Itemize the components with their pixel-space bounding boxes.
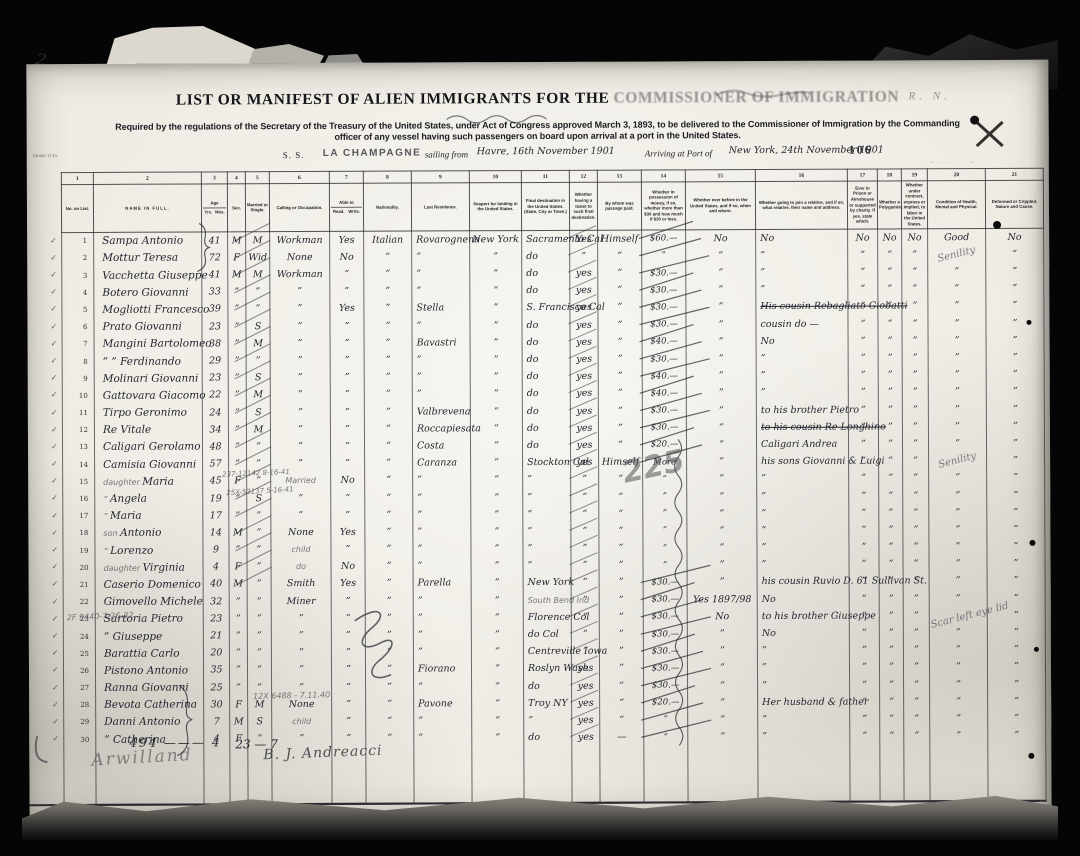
document-header: LIST OR MANIFEST OF ALIEN IMMIGRANTS FOR… bbox=[26, 60, 1048, 172]
col-num-residence: 9 bbox=[411, 171, 469, 183]
cell-name: Ranna Giovanni bbox=[96, 679, 204, 697]
cell-ticket: ” bbox=[571, 540, 599, 557]
cell-residence: ” bbox=[413, 540, 471, 557]
cell-destination: ” bbox=[523, 505, 571, 522]
cell-age: 29 bbox=[202, 352, 228, 369]
cell-destination: do bbox=[522, 248, 570, 265]
manifest-table: 123456789101112131415161718192021No. on … bbox=[61, 168, 1047, 807]
cell-health: Senility bbox=[929, 452, 987, 469]
cell-nationality: ” bbox=[365, 472, 413, 489]
col-label-polygamist: Whether a Polygamist. bbox=[877, 181, 901, 229]
cell-destination: do Col bbox=[523, 626, 571, 643]
col-num-health: 20 bbox=[927, 169, 985, 181]
cell-money: ” bbox=[643, 471, 687, 488]
cell-destination: do bbox=[522, 437, 570, 454]
cell-paidby: ” bbox=[599, 471, 643, 488]
cell-name: Mottur Teresa bbox=[94, 249, 202, 267]
cell-name: ” ” Ferdinando bbox=[94, 352, 202, 370]
cell-age: 34 bbox=[202, 421, 228, 438]
cell-polygamist: ” bbox=[878, 315, 902, 332]
cell-able: ” bbox=[331, 644, 365, 661]
cell-sex: M bbox=[228, 266, 246, 283]
cell-ticket: ” bbox=[571, 471, 599, 488]
cell-money: $40.— bbox=[642, 333, 686, 350]
cell-before: ” bbox=[686, 367, 756, 384]
cell-calling: ” bbox=[270, 335, 330, 352]
cell-ticket: ” bbox=[571, 574, 599, 591]
footer-cell bbox=[332, 747, 366, 804]
cell-residence: Valbrevena bbox=[412, 403, 470, 420]
cell-able: Yes bbox=[330, 300, 364, 317]
cell-contract: ” bbox=[902, 384, 928, 401]
cell-paidby: ” bbox=[600, 694, 644, 711]
cell-ticket: ” bbox=[571, 626, 599, 643]
cell-relative: ” bbox=[758, 676, 850, 694]
cell-sex: F bbox=[230, 696, 248, 713]
cell-destination: ” bbox=[524, 712, 572, 729]
cell-relative: ” bbox=[756, 384, 848, 402]
cell-name: Botero Giovanni bbox=[94, 284, 202, 302]
cell-money: $30.— bbox=[642, 350, 686, 367]
cell-calling: ” bbox=[270, 317, 330, 334]
cell-before: ” bbox=[686, 316, 756, 333]
cell-no: 11 bbox=[62, 404, 94, 421]
cell-prison: ” bbox=[849, 556, 879, 573]
cell-able: Yes bbox=[330, 231, 364, 249]
ink-blot bbox=[1028, 753, 1034, 759]
printer-imprint: ··· — ···· ···· ·· ····· — ···· bbox=[923, 159, 984, 164]
cell-sex: ” bbox=[228, 421, 246, 438]
cell-calling: ” bbox=[270, 283, 330, 300]
cell-deformed: ” bbox=[986, 246, 1044, 263]
cell-contract: ” bbox=[904, 710, 930, 727]
cell-sex: ” bbox=[228, 318, 246, 335]
cell-paidby: ” bbox=[599, 505, 643, 522]
cell-calling: ” bbox=[271, 610, 331, 627]
cell-no: 14 bbox=[63, 456, 95, 473]
cell-calling: Workman bbox=[270, 231, 330, 249]
cell-contract: ” bbox=[902, 332, 928, 349]
cell-calling: ” bbox=[270, 352, 330, 369]
cell-calling: Married bbox=[271, 472, 331, 489]
footer-cell bbox=[272, 747, 332, 804]
cell-deformed: ” bbox=[987, 658, 1045, 675]
col-num-deformed: 21 bbox=[985, 168, 1043, 180]
cell-no: 19 bbox=[63, 542, 95, 559]
cell-sex: ” bbox=[228, 387, 246, 404]
cell-no: 21 bbox=[63, 576, 95, 593]
cell-paidby: ” bbox=[598, 247, 642, 264]
cell-seaport: ” bbox=[471, 506, 523, 523]
footer-cell bbox=[988, 744, 1046, 801]
cell-relative: Caligari Andrea bbox=[756, 436, 848, 454]
cell-seaport: ” bbox=[472, 678, 524, 695]
cell-relative: ” bbox=[757, 556, 849, 574]
cell-ticket: Yes bbox=[570, 230, 598, 248]
footer-cell bbox=[414, 747, 472, 804]
cell-money: $20.— bbox=[644, 694, 688, 711]
cell-money: $30.— bbox=[643, 642, 687, 659]
cell-polygamist: ” bbox=[879, 470, 903, 487]
cell-prison: ” bbox=[848, 349, 878, 366]
cell-no: 17 bbox=[63, 508, 95, 525]
cell-seaport: ” bbox=[470, 437, 522, 454]
cell-contract: ” bbox=[902, 366, 928, 383]
cell-paidby: ” bbox=[598, 402, 642, 419]
cell-married: ” bbox=[248, 679, 272, 696]
cell-money: $30.— bbox=[644, 677, 688, 694]
cell-ticket: ” bbox=[571, 505, 599, 522]
cell-deformed: ” bbox=[986, 332, 1044, 349]
cell-no: 8 bbox=[62, 353, 94, 370]
cell-ticket: yes bbox=[570, 299, 598, 316]
cell-age: 21 bbox=[203, 627, 229, 644]
cell-ticket: yes bbox=[570, 419, 598, 436]
footer-cell bbox=[524, 746, 572, 803]
cell-ticket: yes bbox=[570, 368, 598, 385]
cell-before: ” bbox=[687, 659, 757, 676]
cell-able: No bbox=[330, 249, 364, 266]
cell-money: $30.— bbox=[642, 419, 686, 436]
cell-contract: ” bbox=[903, 487, 929, 504]
cell-name: Camisia Giovanni bbox=[95, 456, 203, 474]
cell-name: Bevota Catherina bbox=[96, 696, 204, 714]
cell-before: ” bbox=[686, 298, 756, 315]
cell-paidby: — bbox=[600, 729, 644, 746]
cell-sex: M bbox=[229, 576, 247, 593]
cell-deformed: ” bbox=[986, 366, 1044, 383]
cell-relative: No bbox=[756, 229, 848, 247]
cell-name: Sartoria Pietro bbox=[95, 610, 203, 628]
cell-destination: do bbox=[524, 729, 572, 746]
cell-prison: ” bbox=[848, 384, 878, 401]
cell-married: ” bbox=[247, 541, 271, 558]
cell-married: M bbox=[246, 266, 270, 283]
cell-destination: do bbox=[522, 420, 570, 437]
cell-residence: ” bbox=[412, 248, 470, 265]
cell-seaport: ” bbox=[470, 334, 522, 351]
col-num-prison: 17 bbox=[847, 169, 877, 181]
footer-cell bbox=[64, 748, 96, 805]
cell-destination: Stockton Cal bbox=[523, 454, 571, 471]
cell-polygamist: ” bbox=[879, 624, 903, 641]
cell-residence: ” bbox=[413, 523, 471, 540]
cell-nationality: ” bbox=[365, 541, 413, 558]
cell-paidby: ” bbox=[598, 333, 642, 350]
cell-name: ” Angela bbox=[95, 490, 203, 508]
cell-residence: ” bbox=[413, 557, 471, 574]
cell-no: 29 bbox=[64, 714, 96, 731]
cell-married: ” bbox=[248, 730, 272, 747]
cell-health: ” bbox=[930, 727, 988, 744]
cell-deformed: ” bbox=[988, 675, 1046, 692]
cell-name: Caligari Gerolamo bbox=[94, 438, 202, 456]
cell-name: ” Lorenzo bbox=[95, 541, 203, 559]
footer-cell bbox=[204, 748, 230, 805]
cell-ticket: yes bbox=[570, 333, 598, 350]
cell-ticket: yes bbox=[570, 385, 598, 402]
cell-able: ” bbox=[331, 592, 365, 609]
cell-nationality: ” bbox=[364, 351, 412, 368]
cell-seaport: ” bbox=[470, 248, 522, 265]
cell-sex: ” bbox=[229, 593, 247, 610]
cell-age: 25 bbox=[204, 679, 230, 696]
cell-nationality: ” bbox=[364, 420, 412, 437]
cell-seaport: New York bbox=[470, 230, 522, 248]
cell-age: 20 bbox=[203, 644, 229, 661]
cell-before: ” bbox=[687, 625, 757, 642]
cell-no: 23 bbox=[63, 611, 95, 628]
cell-residence: ” bbox=[412, 282, 470, 299]
cell-destination: do bbox=[522, 402, 570, 419]
cell-deformed: ” bbox=[986, 263, 1044, 280]
cell-nationality: ” bbox=[364, 283, 412, 300]
cell-residence: ” bbox=[412, 265, 470, 282]
cell-contract: ” bbox=[903, 590, 929, 607]
cell-prison: ” bbox=[848, 246, 878, 263]
cell-name: Danni Antonio bbox=[96, 713, 204, 731]
cell-paidby: ” bbox=[599, 643, 643, 660]
cell-age: 39 bbox=[202, 301, 228, 318]
cell-deformed: ” bbox=[986, 314, 1044, 331]
cell-calling: child bbox=[272, 713, 332, 730]
footer-cell bbox=[850, 745, 880, 802]
cell-married: S bbox=[246, 369, 270, 386]
cell-married: ” bbox=[247, 576, 271, 593]
footer-cell bbox=[880, 745, 904, 802]
cell-before: ” bbox=[687, 573, 757, 590]
cell-able: ” bbox=[330, 335, 364, 352]
cell-no: 4 bbox=[62, 284, 94, 301]
cell-sex: ” bbox=[229, 644, 247, 661]
cell-health: Senility bbox=[928, 246, 986, 263]
cell-relative: his sons Giovanni & Luigi bbox=[757, 453, 849, 471]
cell-money: $30.— bbox=[642, 282, 686, 299]
cell-ticket: yes bbox=[572, 729, 600, 746]
cell-able: ” bbox=[332, 713, 366, 730]
cell-name: Vacchetta Giuseppe bbox=[94, 266, 202, 284]
cell-money: ” bbox=[642, 247, 686, 264]
cell-sex: ” bbox=[229, 455, 247, 472]
cell-paidby: ” bbox=[599, 608, 643, 625]
cell-before: ” bbox=[687, 556, 757, 573]
cell-deformed: ” bbox=[986, 400, 1044, 417]
cell-no: 12 bbox=[62, 422, 94, 439]
cell-paidby: ” bbox=[600, 677, 644, 694]
col-label-able: Able toRead.Write. bbox=[329, 183, 363, 231]
col-label-no: No. on List. bbox=[61, 184, 93, 232]
cell-before: ” bbox=[686, 419, 756, 436]
cell-contract: ” bbox=[902, 246, 928, 263]
ink-blot bbox=[1029, 540, 1035, 546]
cell-prison: ” bbox=[849, 470, 879, 487]
cell-able: ” bbox=[331, 489, 365, 506]
cell-relative: to his brother Pietro bbox=[756, 401, 848, 419]
cell-deformed: ” bbox=[988, 727, 1046, 744]
cell-sex: M bbox=[230, 713, 248, 730]
cell-prison: ” bbox=[850, 728, 880, 745]
cell-calling: Smith bbox=[271, 575, 331, 592]
cell-polygamist: ” bbox=[880, 676, 904, 693]
cell-contract: ” bbox=[904, 676, 930, 693]
cell-calling: ” bbox=[271, 644, 331, 661]
cell-sex: F bbox=[229, 558, 247, 575]
requirement-text: Required by the regulations of the Secre… bbox=[27, 118, 1049, 144]
col-num-able: 7 bbox=[329, 171, 363, 183]
cell-nationality: Italian bbox=[364, 231, 412, 249]
footer-cell bbox=[366, 747, 414, 804]
cell-married: ” bbox=[247, 558, 271, 575]
cell-destination: do bbox=[522, 334, 570, 351]
cell-relative: ” bbox=[756, 281, 848, 299]
cell-calling: ” bbox=[270, 403, 330, 420]
cell-married: ” bbox=[247, 472, 271, 489]
cell-ticket: ” bbox=[571, 643, 599, 660]
manifest-table-header: 123456789101112131415161718192021No. on … bbox=[61, 168, 1043, 232]
cell-contract: ” bbox=[903, 659, 929, 676]
cell-seaport: ” bbox=[471, 626, 523, 643]
cell-prison: ” bbox=[849, 590, 879, 607]
col-label-nationality: Nationality. bbox=[363, 183, 411, 231]
cell-no: 24 bbox=[63, 628, 95, 645]
cell-able: ” bbox=[331, 627, 365, 644]
cell-health: ” bbox=[928, 263, 986, 280]
cell-calling: None bbox=[271, 524, 331, 541]
col-num-destination: 11 bbox=[521, 170, 569, 182]
cell-contract: ” bbox=[903, 573, 929, 590]
cell-health: ” bbox=[929, 572, 987, 589]
title-line: LIST OR MANIFEST OF ALIEN IMMIGRANTS FOR… bbox=[26, 88, 1048, 110]
cell-relative: ” bbox=[757, 470, 849, 488]
cell-money: ” bbox=[643, 505, 687, 522]
cell-prison: ” bbox=[848, 281, 878, 298]
cell-health: ” bbox=[928, 383, 986, 400]
cell-age: 48 bbox=[202, 438, 228, 455]
cell-residence: ” bbox=[412, 351, 470, 368]
manifest-sheet: LIST OR MANIFEST OF ALIEN IMMIGRANTS FOR… bbox=[26, 60, 1051, 822]
cell-able: ” bbox=[332, 730, 366, 747]
document-title: LIST OR MANIFEST OF ALIEN IMMIGRANTS FOR… bbox=[176, 90, 610, 109]
cell-married: ” bbox=[247, 644, 271, 661]
cell-polygamist: ” bbox=[879, 607, 903, 624]
col-num-age: 3 bbox=[201, 172, 227, 184]
cell-money: $30.— bbox=[643, 608, 687, 625]
footer-cell bbox=[904, 745, 930, 802]
cell-polygamist: ” bbox=[879, 538, 903, 555]
cell-nationality: ” bbox=[365, 523, 413, 540]
cell-seaport: ” bbox=[470, 299, 522, 316]
cell-age: 45 bbox=[203, 473, 229, 490]
ink-blot bbox=[1034, 647, 1039, 652]
cell-seaport: ” bbox=[471, 643, 523, 660]
cell-health: ” bbox=[929, 469, 987, 486]
cell-polygamist: ” bbox=[879, 590, 903, 607]
cell-prison: ” bbox=[849, 453, 879, 470]
col-label-paidby: By whom was passage paid. bbox=[597, 182, 641, 230]
cell-polygamist: ” bbox=[879, 642, 903, 659]
cell-age: 24 bbox=[202, 404, 228, 421]
cell-destination: do bbox=[522, 282, 570, 299]
cell-destination: do bbox=[522, 385, 570, 402]
cell-married: M bbox=[246, 386, 270, 403]
cell-polygamist: ” bbox=[878, 435, 902, 452]
cell-nationality: ” bbox=[364, 403, 412, 420]
cell-calling: ” bbox=[271, 489, 331, 506]
cell-before: ” bbox=[686, 281, 756, 298]
cell-married: ” bbox=[247, 455, 271, 472]
cell-nationality: ” bbox=[365, 661, 413, 678]
cell-money: $30.— bbox=[643, 660, 687, 677]
cell-contract: ” bbox=[902, 418, 928, 435]
cell-destination: ” bbox=[523, 557, 571, 574]
cell-sex: ” bbox=[229, 627, 247, 644]
col-num-polygamist: 18 bbox=[877, 169, 901, 181]
cell-age: 14 bbox=[203, 524, 229, 541]
cell-before: ” bbox=[686, 333, 756, 350]
cell-age: 41 bbox=[202, 266, 228, 283]
cell-relative: ” bbox=[758, 711, 850, 729]
cell-prison: ” bbox=[848, 435, 878, 452]
cell-sex: ” bbox=[229, 610, 247, 627]
cell-seaport: ” bbox=[472, 712, 524, 729]
col-label-sex: Sex. bbox=[227, 184, 245, 232]
cell-relative: Her husband & father bbox=[758, 693, 850, 711]
cell-health: ” bbox=[929, 521, 987, 538]
col-num-relative: 16 bbox=[755, 169, 847, 181]
cell-prison: ” bbox=[848, 401, 878, 418]
cell-sex: ” bbox=[229, 662, 247, 679]
cell-prison: ” bbox=[848, 418, 878, 435]
cell-deformed: ” bbox=[987, 503, 1045, 520]
col-num-before: 15 bbox=[685, 170, 755, 182]
cell-nationality: ” bbox=[364, 369, 412, 386]
cell-no: 13 bbox=[62, 439, 94, 456]
col-num-contract: 19 bbox=[901, 169, 927, 181]
col-label-name: NAME IN FULL. bbox=[93, 184, 201, 232]
cell-deformed: ” bbox=[986, 383, 1044, 400]
cell-name: Gimovello Michele bbox=[95, 593, 203, 611]
cell-ticket: ” bbox=[571, 523, 599, 540]
cell-before: ” bbox=[686, 402, 756, 419]
cell-calling: None bbox=[270, 249, 330, 266]
cell-polygamist: ” bbox=[878, 384, 902, 401]
cell-relative: ” bbox=[757, 504, 849, 522]
cell-prison: ” bbox=[848, 298, 878, 315]
cell-ticket: yes bbox=[570, 282, 598, 299]
cell-able: ” bbox=[332, 695, 366, 712]
cell-destination: do bbox=[522, 316, 570, 333]
cell-no: 27 bbox=[64, 679, 96, 696]
ship-name: LA CHAMPAGNE bbox=[323, 148, 422, 159]
cell-able: ” bbox=[330, 369, 364, 386]
cell-no: 9 bbox=[62, 370, 94, 387]
cell-before: ” bbox=[687, 505, 757, 522]
cell-name: ” Maria bbox=[95, 507, 203, 525]
cell-sex: F bbox=[230, 730, 248, 747]
footer-cell bbox=[930, 744, 988, 801]
cell-age: 41 bbox=[202, 231, 228, 249]
cell-age: 7 bbox=[204, 713, 230, 730]
cell-residence: ” bbox=[412, 317, 470, 334]
cell-before: ” bbox=[687, 453, 757, 470]
cell-prison: ” bbox=[849, 504, 879, 521]
cell-contract: ” bbox=[903, 555, 929, 572]
cell-nationality: ” bbox=[365, 489, 413, 506]
cell-polygamist: ” bbox=[880, 710, 904, 727]
cell-seaport: ” bbox=[471, 523, 523, 540]
cell-paidby: ” bbox=[598, 419, 642, 436]
cell-nationality: ” bbox=[365, 506, 413, 523]
